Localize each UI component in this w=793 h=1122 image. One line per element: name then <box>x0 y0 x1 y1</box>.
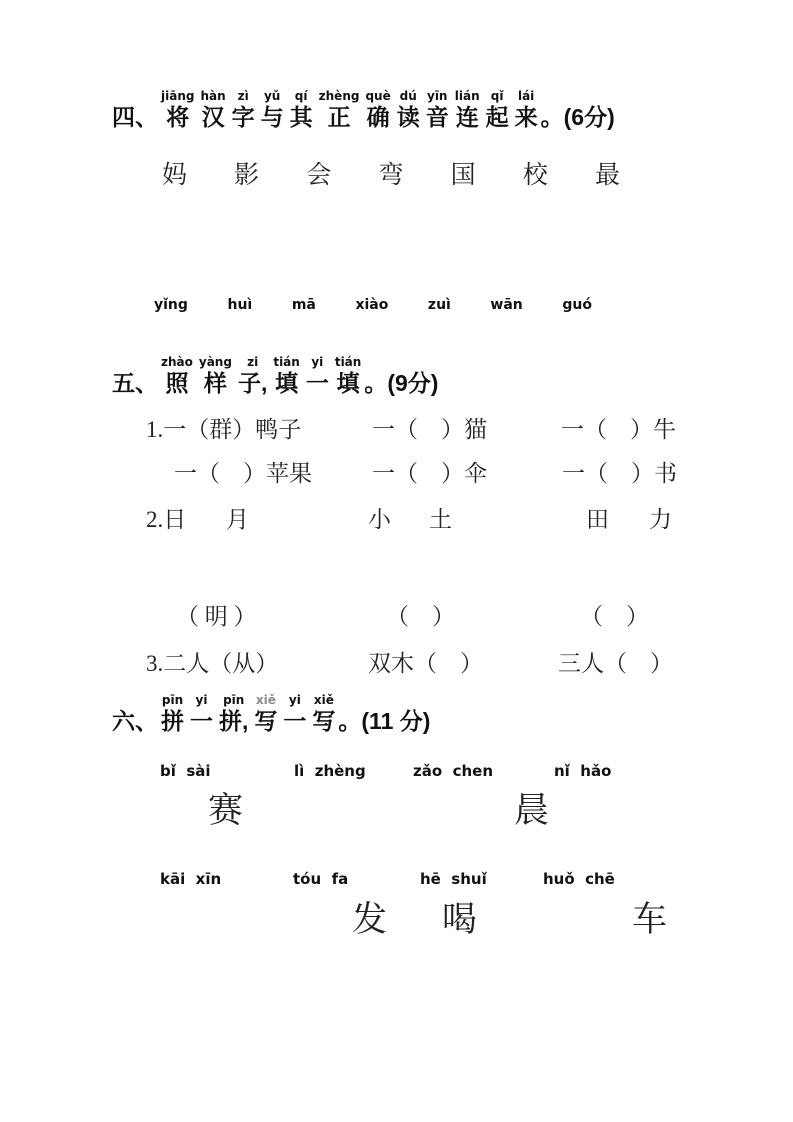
fill-item: 一（ ）牛 <box>561 416 676 444</box>
hanzi-label: 字 <box>232 105 255 131</box>
ruby-cell: yi一 <box>283 694 306 735</box>
match-pinyin: xiào <box>355 297 388 313</box>
hanzi-label: 子, <box>238 371 267 397</box>
hanzi-label: 其 <box>290 105 313 131</box>
ruby-cell: jiāng将 <box>161 90 194 131</box>
ruby-cell: lián连 <box>455 90 480 131</box>
section4-points: 。(6分) <box>541 105 615 131</box>
match-hanzi: 最 <box>595 155 620 191</box>
pinyin-prompt: hē shuǐ <box>420 870 487 888</box>
component-char: 力 <box>649 506 672 534</box>
prewritten-hanzi: 赛 <box>208 792 243 831</box>
ruby-cell: pīn拼 <box>161 694 184 735</box>
section5-points: 。(9分) <box>364 371 438 397</box>
hanzi-label: 一 <box>283 709 306 735</box>
prewritten-hanzi: 发 <box>352 901 387 940</box>
ruby-cell: lái来 <box>515 90 538 131</box>
hanzi-label: 拼, <box>219 709 248 735</box>
fill-item: 1.一（群）鸭子 <box>146 416 301 444</box>
component-char: 月 <box>226 506 249 534</box>
section5-number: 五、 <box>112 371 158 397</box>
compose-item: 三人（ ） <box>558 650 673 678</box>
ruby-cell: yi一 <box>306 356 329 397</box>
hanzi-label: 音 <box>426 105 449 131</box>
pinyin-label: xiě <box>314 694 334 706</box>
hanzi-label: 连 <box>456 105 479 131</box>
pinyin-label: xiě <box>256 694 276 706</box>
ruby-cell: zhèng正 <box>319 90 360 131</box>
component-char: 小 <box>368 506 391 534</box>
ruby-cell: dú读 <box>397 90 420 131</box>
pinyin-label: yi <box>289 694 301 706</box>
hanzi-label: 填 <box>275 371 298 397</box>
ruby-cell: yàng样 <box>199 356 232 397</box>
ruby-cell: qǐ起 <box>486 90 509 131</box>
pinyin-label: zhèng <box>319 90 360 102</box>
section4-number: 四、 <box>112 105 158 131</box>
match-pinyin: mā <box>292 297 316 313</box>
pinyin-label: yǔ <box>264 90 280 102</box>
pinyin-label: zi <box>247 356 258 368</box>
ruby-cell: pīn拼, <box>219 694 248 735</box>
prewritten-hanzi: 晨 <box>514 792 549 831</box>
ruby-cell: qí其 <box>290 90 313 131</box>
ruby-cell: tián填 <box>273 356 300 397</box>
hanzi-label: 汉 <box>202 105 225 131</box>
pinyin-label: qí <box>295 90 308 102</box>
match-pinyin-row: yǐng huì mā xiào zuì wān guó <box>154 297 592 313</box>
pinyin-label: yi <box>311 356 323 368</box>
section5-header: 五、 zhào照 yàng样 zi子, tián填 yi一 tián填 。(9分… <box>112 356 438 397</box>
hanzi-label: 写 <box>312 709 335 735</box>
answer-parens: （ ） <box>386 603 455 631</box>
pinyin-label: tián <box>335 356 362 368</box>
match-hanzi: 影 <box>234 155 259 191</box>
hanzi-label: 拼 <box>161 709 184 735</box>
match-pinyin: huì <box>228 297 253 313</box>
hanzi-label: 读 <box>397 105 420 131</box>
match-hanzi: 会 <box>306 155 331 191</box>
pinyin-prompt: bǐ sài <box>160 762 211 780</box>
pinyin-label: jiāng <box>161 90 194 102</box>
pinyin-label: hàn <box>200 90 225 102</box>
hanzi-label: 起 <box>486 105 509 131</box>
hanzi-label: 填 <box>337 371 360 397</box>
ruby-cell: yi一 <box>190 694 213 735</box>
pinyin-prompt: lì zhèng <box>294 762 366 780</box>
match-hanzi: 弯 <box>378 155 403 191</box>
compose-item: 双木（ ） <box>368 650 483 678</box>
pinyin-label: zhào <box>161 356 193 368</box>
ruby-cell: xiě写 <box>312 694 335 735</box>
component-char: 2.日 <box>146 506 186 534</box>
match-hanzi: 校 <box>523 155 548 191</box>
match-pinyin: yǐng <box>154 297 188 313</box>
hanzi-label: 与 <box>261 105 284 131</box>
prewritten-hanzi: 喝 <box>442 901 477 940</box>
section6-header: 六、 pīn拼 yi一 pīn拼, xiě写 yi一 xiě写 。(11 分) <box>112 694 430 735</box>
pinyin-label: zì <box>238 90 249 102</box>
ruby-cell: zì字 <box>232 90 255 131</box>
pinyin-label: tián <box>273 356 300 368</box>
ruby-cell: tián填 <box>335 356 362 397</box>
hanzi-label: 一 <box>306 371 329 397</box>
hanzi-label: 一 <box>190 709 213 735</box>
pinyin-label: yīn <box>427 90 447 102</box>
pinyin-label: lián <box>455 90 480 102</box>
section4-header: 四、 jiāng将 hàn汉 zì字 yǔ与 qí其 zhèng正 què确 d… <box>112 90 615 131</box>
pinyin-label: dú <box>400 90 417 102</box>
fill-item: 一（ ）伞 <box>372 460 487 488</box>
ruby-cell: zi子, <box>238 356 267 397</box>
pinyin-label: què <box>365 90 390 102</box>
pinyin-prompt: zǎo chen <box>413 762 493 780</box>
hanzi-label: 样 <box>204 371 227 397</box>
section6-points: 。(11 分) <box>338 709 430 735</box>
component-char: 土 <box>429 506 452 534</box>
section6-number: 六、 <box>112 709 158 735</box>
match-hanzi: 妈 <box>162 155 187 191</box>
compose-item: 3.二人（从） <box>146 650 278 678</box>
pinyin-prompt: nǐ hǎo <box>554 762 611 780</box>
match-pinyin: zuì <box>428 297 451 313</box>
pinyin-prompt: huǒ chē <box>543 870 615 888</box>
ruby-cell: zhào照 <box>161 356 193 397</box>
worksheet-page: 四、 jiāng将 hàn汉 zì字 yǔ与 qí其 zhèng正 què确 d… <box>0 0 793 1122</box>
answer-parens: （ ） <box>580 603 649 631</box>
pinyin-label: pīn <box>162 694 183 706</box>
answer-parens: （ 明 ） <box>176 603 257 631</box>
component-char: 田 <box>586 506 609 534</box>
fill-item: 一（ ）书 <box>562 460 677 488</box>
hanzi-label: 正 <box>328 105 351 131</box>
hanzi-label: 确 <box>367 105 390 131</box>
match-hanzi: 国 <box>451 155 476 191</box>
pinyin-label: yi <box>196 694 208 706</box>
hanzi-label: 照 <box>165 371 188 397</box>
hanzi-label: 来 <box>515 105 538 131</box>
pinyin-prompt: kāi xīn <box>160 870 221 888</box>
match-pinyin: wān <box>490 297 522 313</box>
fill-item: 一（ ）猫 <box>372 416 487 444</box>
pinyin-label: qǐ <box>491 90 504 102</box>
match-pinyin: guó <box>562 297 592 313</box>
match-hanzi-row: 妈 影 会 弯 国 校 最 <box>162 155 620 191</box>
ruby-cell: què确 <box>365 90 390 131</box>
pinyin-label: lái <box>518 90 534 102</box>
ruby-cell: hàn汉 <box>200 90 225 131</box>
pinyin-label: yàng <box>199 356 232 368</box>
fill-item: 一（ ）苹果 <box>174 460 312 488</box>
hanzi-label: 写 <box>254 709 277 735</box>
ruby-cell: xiě写 <box>254 694 277 735</box>
pinyin-prompt: tóu fa <box>293 870 348 888</box>
prewritten-hanzi: 车 <box>632 901 667 940</box>
pinyin-label: pīn <box>223 694 244 706</box>
hanzi-label: 将 <box>166 105 189 131</box>
ruby-cell: yǔ与 <box>261 90 284 131</box>
ruby-cell: yīn音 <box>426 90 449 131</box>
